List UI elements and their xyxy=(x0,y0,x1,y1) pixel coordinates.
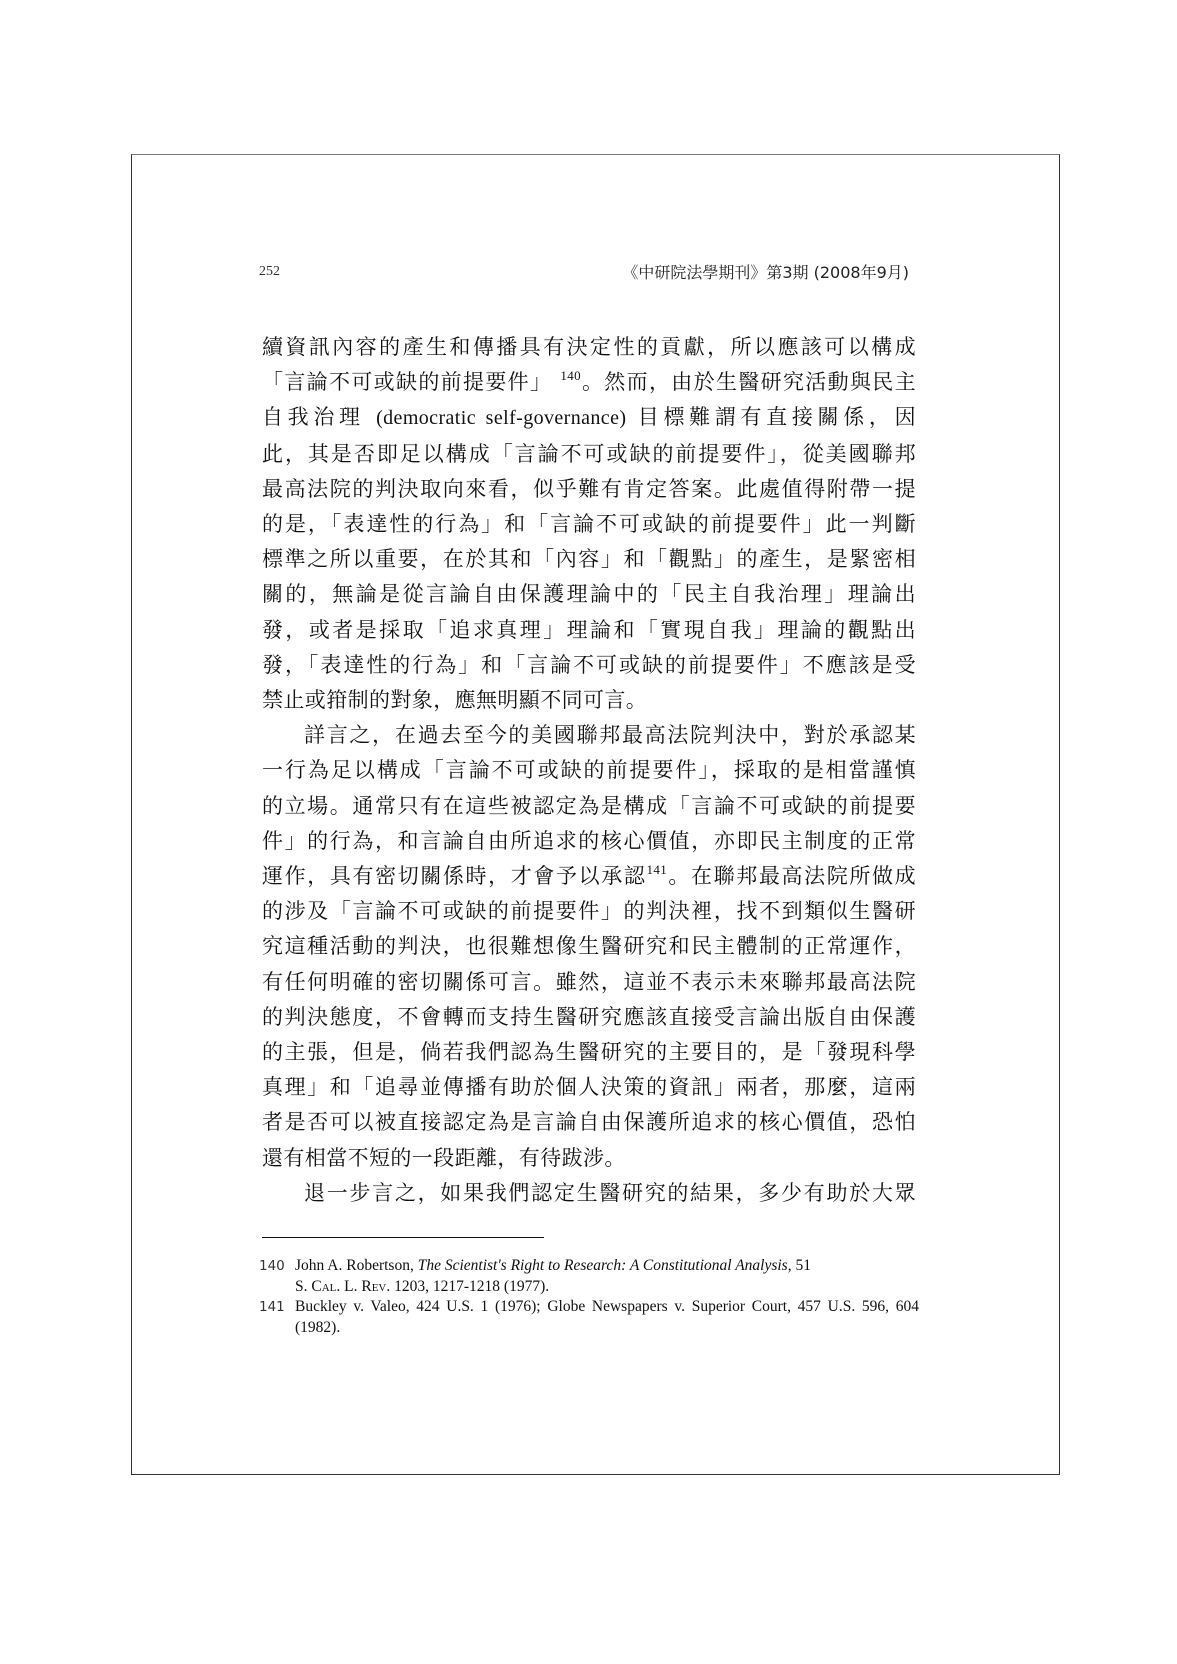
body-line: 禁止或箝制的對象，應無明顯不同可言。 xyxy=(262,683,916,718)
body-line: 的涉及「言論不可或缺的前提要件」的判決裡，找不到類似生醫研 xyxy=(262,894,916,929)
footnote-number: 140 xyxy=(259,1256,285,1277)
body-line: 最高法院的判決取向來看，似乎難有肯定答案。此處值得附帶一提 xyxy=(262,472,916,507)
body-line: 的立場。通常只有在這些被認定為是構成「言論不可或缺的前提要 xyxy=(262,789,916,824)
body-line: 的判決態度，不會轉而支持生醫研究應該直接受言論出版自由保護 xyxy=(262,1000,916,1035)
body-line: 究這種活動的判決，也很難想像生醫研究和民主體制的正常運作， xyxy=(262,929,916,964)
body-line: 件」的行為，和言論自由所追求的核心價值，亦即民主制度的正常 xyxy=(262,824,916,859)
footnote-article-title: The Scientist's Right to Research: A Con… xyxy=(418,1257,788,1274)
body-line: 有任何明確的密切關係可言。雖然，這並不表示未來聯邦最高法院 xyxy=(262,965,916,1000)
footnote-separator-rule xyxy=(262,1237,544,1238)
body-line: 發，「表達性的行為」和「言論不可或缺的前提要件」不應該是受 xyxy=(262,648,916,683)
body-line: 此，其是否即足以構成「言論不可或缺的前提要件」，從美國聯邦 xyxy=(262,437,916,472)
body-line: 標準之所以重要，在於其和「內容」和「觀點」的產生，是緊密相 xyxy=(262,542,916,577)
footnote-140: 140 John A. Robertson, The Scientist's R… xyxy=(259,1256,919,1297)
body-line: 發，或者是採取「追求真理」理論和「實現自我」理論的觀點出 xyxy=(262,613,916,648)
body-line: 者是否可以被直接認定為是言論自由保護所追求的核心價值，恐怕 xyxy=(262,1105,916,1140)
page-number: 252 xyxy=(259,264,280,280)
footnote-ref-141[interactable]: 141 xyxy=(647,862,668,877)
footnote-text: Buckley v. Valeo, 424 U.S. 1 (1976); Glo… xyxy=(295,1297,919,1338)
body-line: 運作，具有密切關係時，才會予以承認141。在聯邦最高法院所做成 xyxy=(262,859,916,894)
body-line: 的主張，但是，倘若我們認為生醫研究的主要目的，是「發現科學 xyxy=(262,1035,916,1070)
body-line: 自我治理 (democratic self-governance) 目標難謂有直… xyxy=(262,400,916,436)
body-line: 還有相當不短的一段距離，有待跋涉。 xyxy=(262,1141,916,1176)
body-line: 一行為足以構成「言論不可或缺的前提要件」，採取的是相當謹慎 xyxy=(262,753,916,788)
body-line: 關的，無論是從言論自由保護理論中的「民主自我治理」理論出 xyxy=(262,577,916,612)
running-header-journal-title: 《中研院法學期刊》第3期 (2008年9月) xyxy=(622,260,909,283)
body-line: 真理」和「追尋並傳播有助於個人決策的資訊」兩者，那麼，這兩 xyxy=(262,1070,916,1105)
footnote-ref-140[interactable]: 140 xyxy=(560,368,581,383)
footnote-number: 141 xyxy=(259,1297,285,1318)
footnotes: 140 John A. Robertson, The Scientist's R… xyxy=(259,1256,919,1338)
body-line: 「言論不可或缺的前提要件」 140。然而，由於生醫研究活動與民主 xyxy=(262,365,916,400)
footnote-141: 141 Buckley v. Valeo, 424 U.S. 1 (1976);… xyxy=(259,1297,919,1338)
body-line: 續資訊內容的產生和傳播具有決定性的貢獻，所以應該可以構成 xyxy=(262,330,916,365)
main-body-text: 續資訊內容的產生和傳播具有決定性的貢獻，所以應該可以構成 「言論不可或缺的前提要… xyxy=(262,330,916,1211)
paragraph-start-line: 詳言之，在過去至今的美國聯邦最高法院判決中，對於承認某 xyxy=(262,718,916,753)
body-line: 的是，「表達性的行為」和「言論不可或缺的前提要件」此一判斷 xyxy=(262,507,916,542)
paragraph-start-line: 退一步言之，如果我們認定生醫研究的結果，多少有助於大眾 xyxy=(262,1176,916,1211)
footnote-text: John A. Robertson, The Scientist's Right… xyxy=(295,1256,919,1297)
